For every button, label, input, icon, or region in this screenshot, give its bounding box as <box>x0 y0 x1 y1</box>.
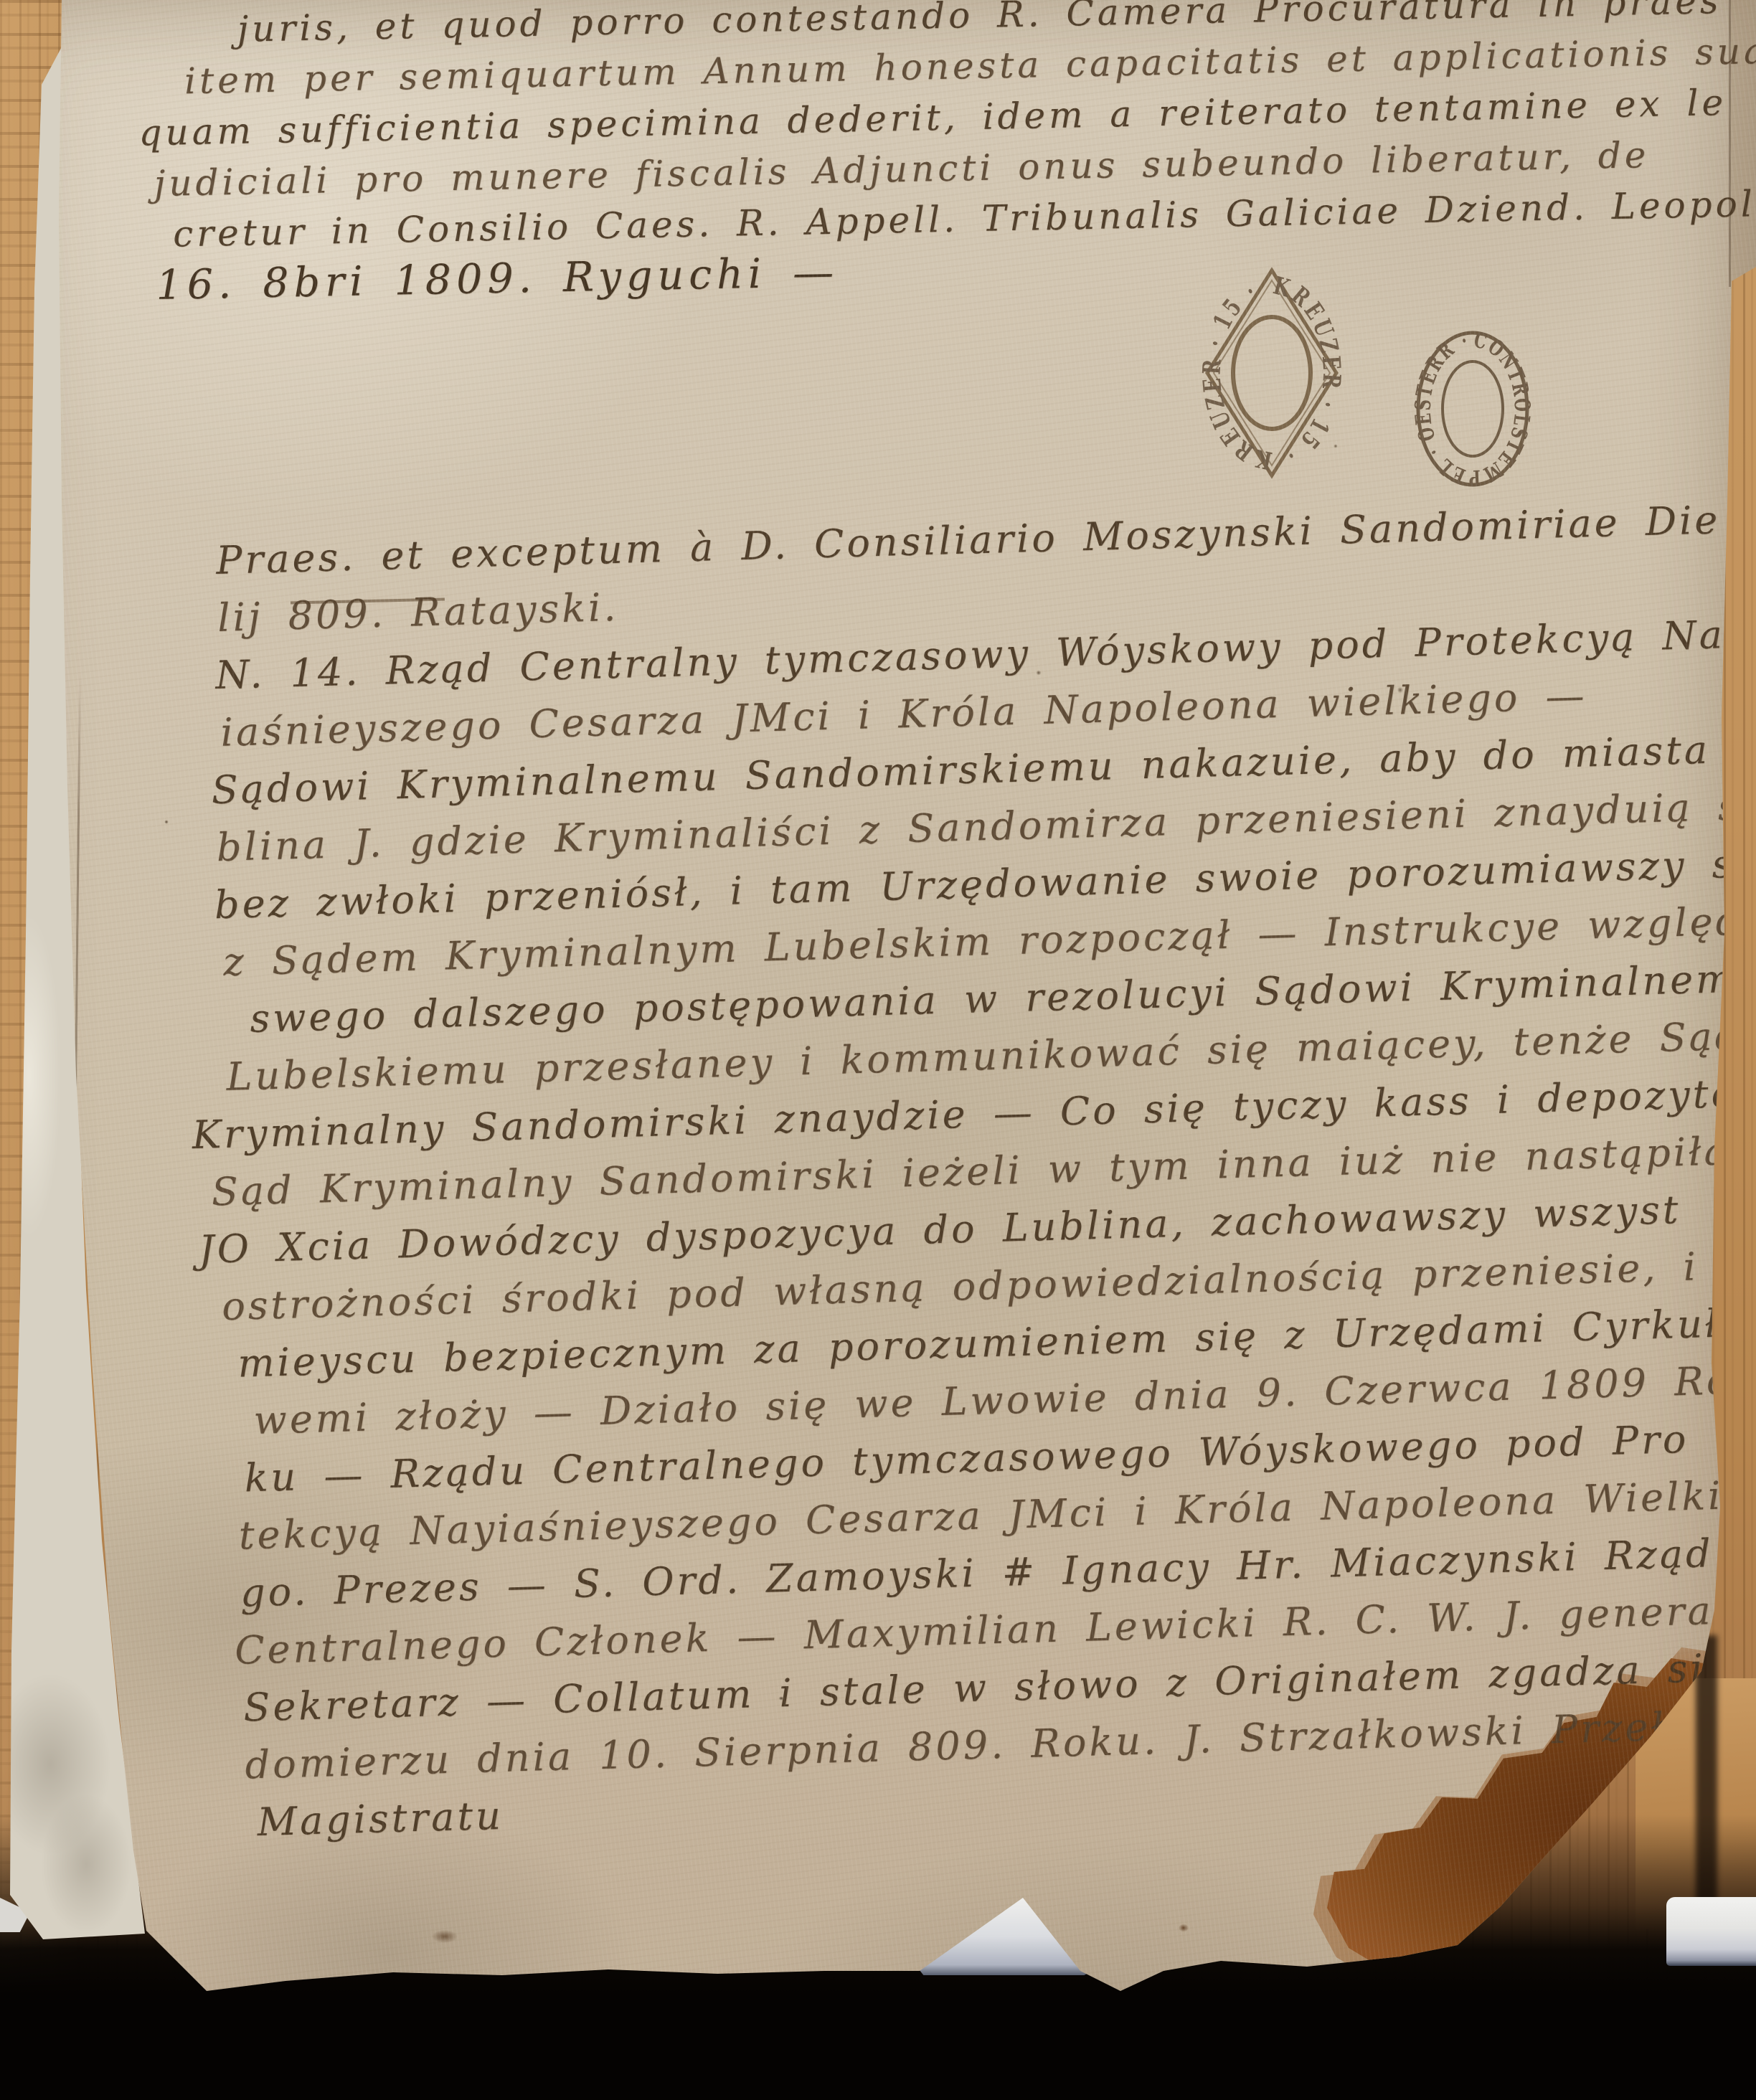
svg-text:KREUZER · 15 · KREUZER · 15 ·: KREUZER · 15 · KREUZER · 15 · <box>1200 271 1344 474</box>
round-control-stamp: CONTROLSTEMPEL · OESTERR · <box>1412 326 1534 491</box>
polish-section: Praes. et exceptum à D. Consiliario Mosz… <box>0 491 1756 1858</box>
latin-section: juris, et quod porro contestando R. Came… <box>0 0 1756 314</box>
diamond-revenue-stamp: KREUZER · 15 · KREUZER · 15 · <box>1200 262 1344 484</box>
round-stamp-text: CONTROLSTEMPEL · OESTERR · <box>1412 328 1534 491</box>
manuscript-page: KREUZER · 15 · KREUZER · 15 · CONTROLSTE… <box>0 0 1756 2100</box>
svg-text:CONTROLSTEMPEL · OESTERR ·: CONTROLSTEMPEL · OESTERR · <box>1412 328 1534 491</box>
manuscript-photo: KREUZER · 15 · KREUZER · 15 · CONTROLSTE… <box>0 0 1756 2100</box>
bright-table-edge <box>1666 1897 1756 1966</box>
diamond-stamp-text: KREUZER · 15 · KREUZER · 15 · <box>1200 271 1344 474</box>
